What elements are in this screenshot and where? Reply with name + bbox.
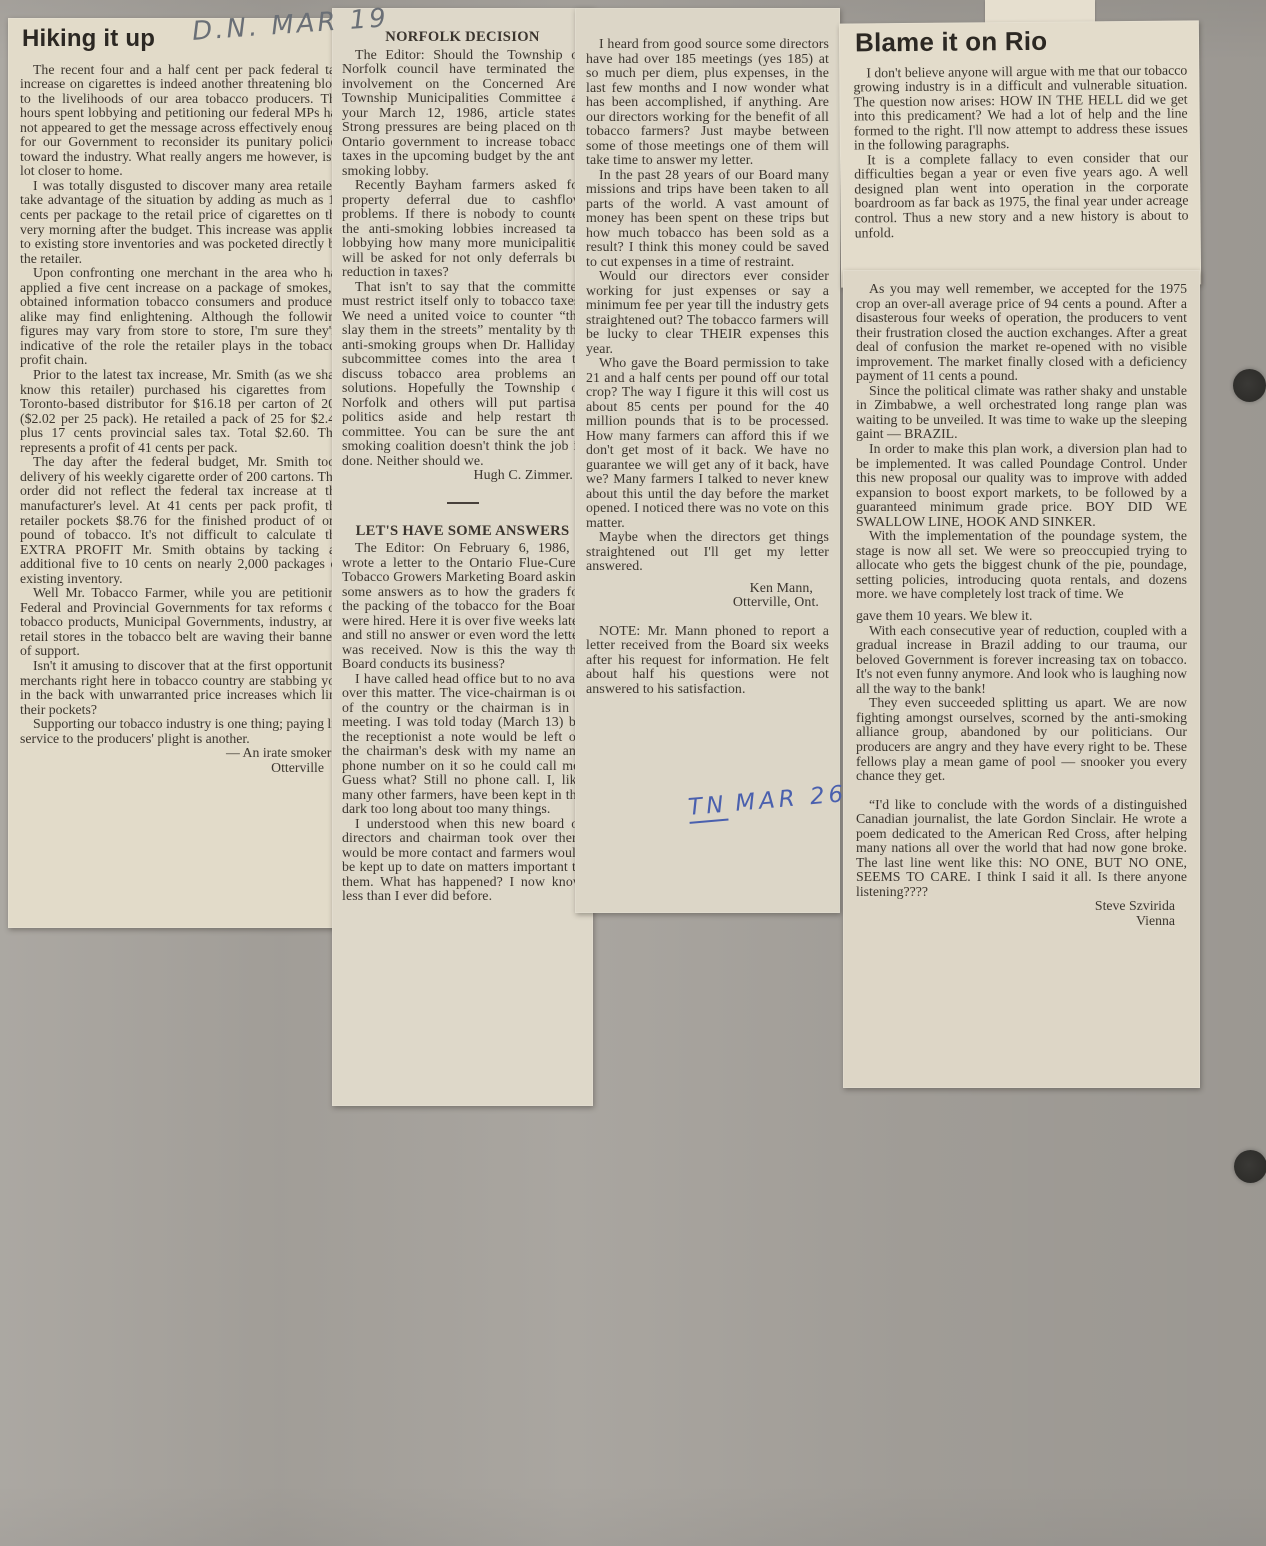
article-paragraph: The recent four and a half cent per pack… xyxy=(20,63,342,179)
article-paragraph: The Editor: Should the Township of Norfo… xyxy=(342,49,583,180)
article-paragraph: Maybe when the directors get things stra… xyxy=(586,531,829,575)
article-paragraph: They even succeeded splitting us apart. … xyxy=(856,696,1187,783)
torn-paper-fragment xyxy=(985,0,1095,24)
section-divider xyxy=(447,502,479,504)
article-paragraph: I understood when this new board of dire… xyxy=(342,818,583,905)
clipping-hiking-it-up: Hiking it up The recent four and a half … xyxy=(8,18,354,928)
article-paragraph: Upon confronting one merchant in the are… xyxy=(20,266,342,368)
clipping-blame-it-on-rio-body: As you may well remember, we accepted fo… xyxy=(843,270,1200,1088)
article-paragraph: The day after the federal budget, Mr. Sm… xyxy=(20,455,342,586)
signature-line: Otterville, Ont. xyxy=(586,596,829,611)
signature-line: Otterville xyxy=(20,761,342,776)
article-paragraph: Isn't it amusing to discover that at the… xyxy=(20,659,342,717)
headline-blame-it-on-rio: Blame it on Rio xyxy=(855,33,1187,50)
article-paragraph: As you may well remember, we accepted fo… xyxy=(856,282,1187,384)
article-paragraph: The Editor: On February 6, 1986, I wrote… xyxy=(342,542,583,673)
article-paragraph: I don't believe anyone will argue with m… xyxy=(853,63,1188,153)
article-paragraph: Prior to the latest tax increase, Mr. Sm… xyxy=(20,368,342,455)
article-paragraph: In the past 28 years of our Board many m… xyxy=(586,169,829,271)
article-paragraph: With each consecutive year of reduction,… xyxy=(856,624,1187,697)
article-paragraph: I was totally disgusted to discover many… xyxy=(20,179,342,266)
binder-hole-bottom xyxy=(1234,1150,1266,1183)
editor-note-paragraph: NOTE: Mr. Mann phoned to report a letter… xyxy=(586,625,829,698)
handwritten-initials: TN xyxy=(687,792,729,824)
signature-line: Ken Mann, xyxy=(586,582,829,597)
article-paragraph: gave them 10 years. We blew it. xyxy=(856,609,1187,624)
article-paragraph: Recently Bayham farmers asked for proper… xyxy=(342,179,583,281)
clipping-blame-it-on-rio-top: Blame it on Rio I don't believe anyone w… xyxy=(839,20,1201,287)
article-paragraph: With the implementation of the poundage … xyxy=(856,529,1187,602)
signature-line: Steve Szvirida xyxy=(856,899,1187,914)
binder-hole-top xyxy=(1233,369,1266,402)
letter-title-lets-have-some-answers: LET'S HAVE SOME ANSWERS xyxy=(342,524,583,539)
clipping-ken-mann-letter: I heard from good source some directors … xyxy=(575,8,840,913)
article-paragraph: Well Mr. Tobacco Farmer, while you are p… xyxy=(20,586,342,659)
article-paragraph: Since the political climate was rather s… xyxy=(856,384,1187,442)
signature-line: — An irate smoker! xyxy=(20,746,342,761)
article-paragraph: In order to make this plan work, a diver… xyxy=(856,442,1187,529)
article-paragraph: It is a complete fallacy to even conside… xyxy=(854,150,1189,240)
article-paragraph: “I'd like to conclude with the words of … xyxy=(856,798,1187,900)
scrapbook-page: { "page": { "background_color": "#a7a39d… xyxy=(0,0,1266,1546)
article-paragraph: Who gave the Board permission to take 21… xyxy=(586,357,829,531)
article-paragraph: I have called head office but to no avai… xyxy=(342,673,583,818)
clipping-norfolk-letters: NORFOLK DECISION The Editor: Should the … xyxy=(332,8,593,1106)
signature-line: Hugh C. Zimmer. xyxy=(342,469,583,484)
article-paragraph: I heard from good source some directors … xyxy=(586,38,829,169)
article-paragraph: That isn't to say that the committee mus… xyxy=(342,281,583,470)
article-paragraph: Supporting our tobacco industry is one t… xyxy=(20,717,342,746)
article-paragraph: Would our directors ever consider workin… xyxy=(586,270,829,357)
signature-line: Vienna xyxy=(856,914,1187,929)
